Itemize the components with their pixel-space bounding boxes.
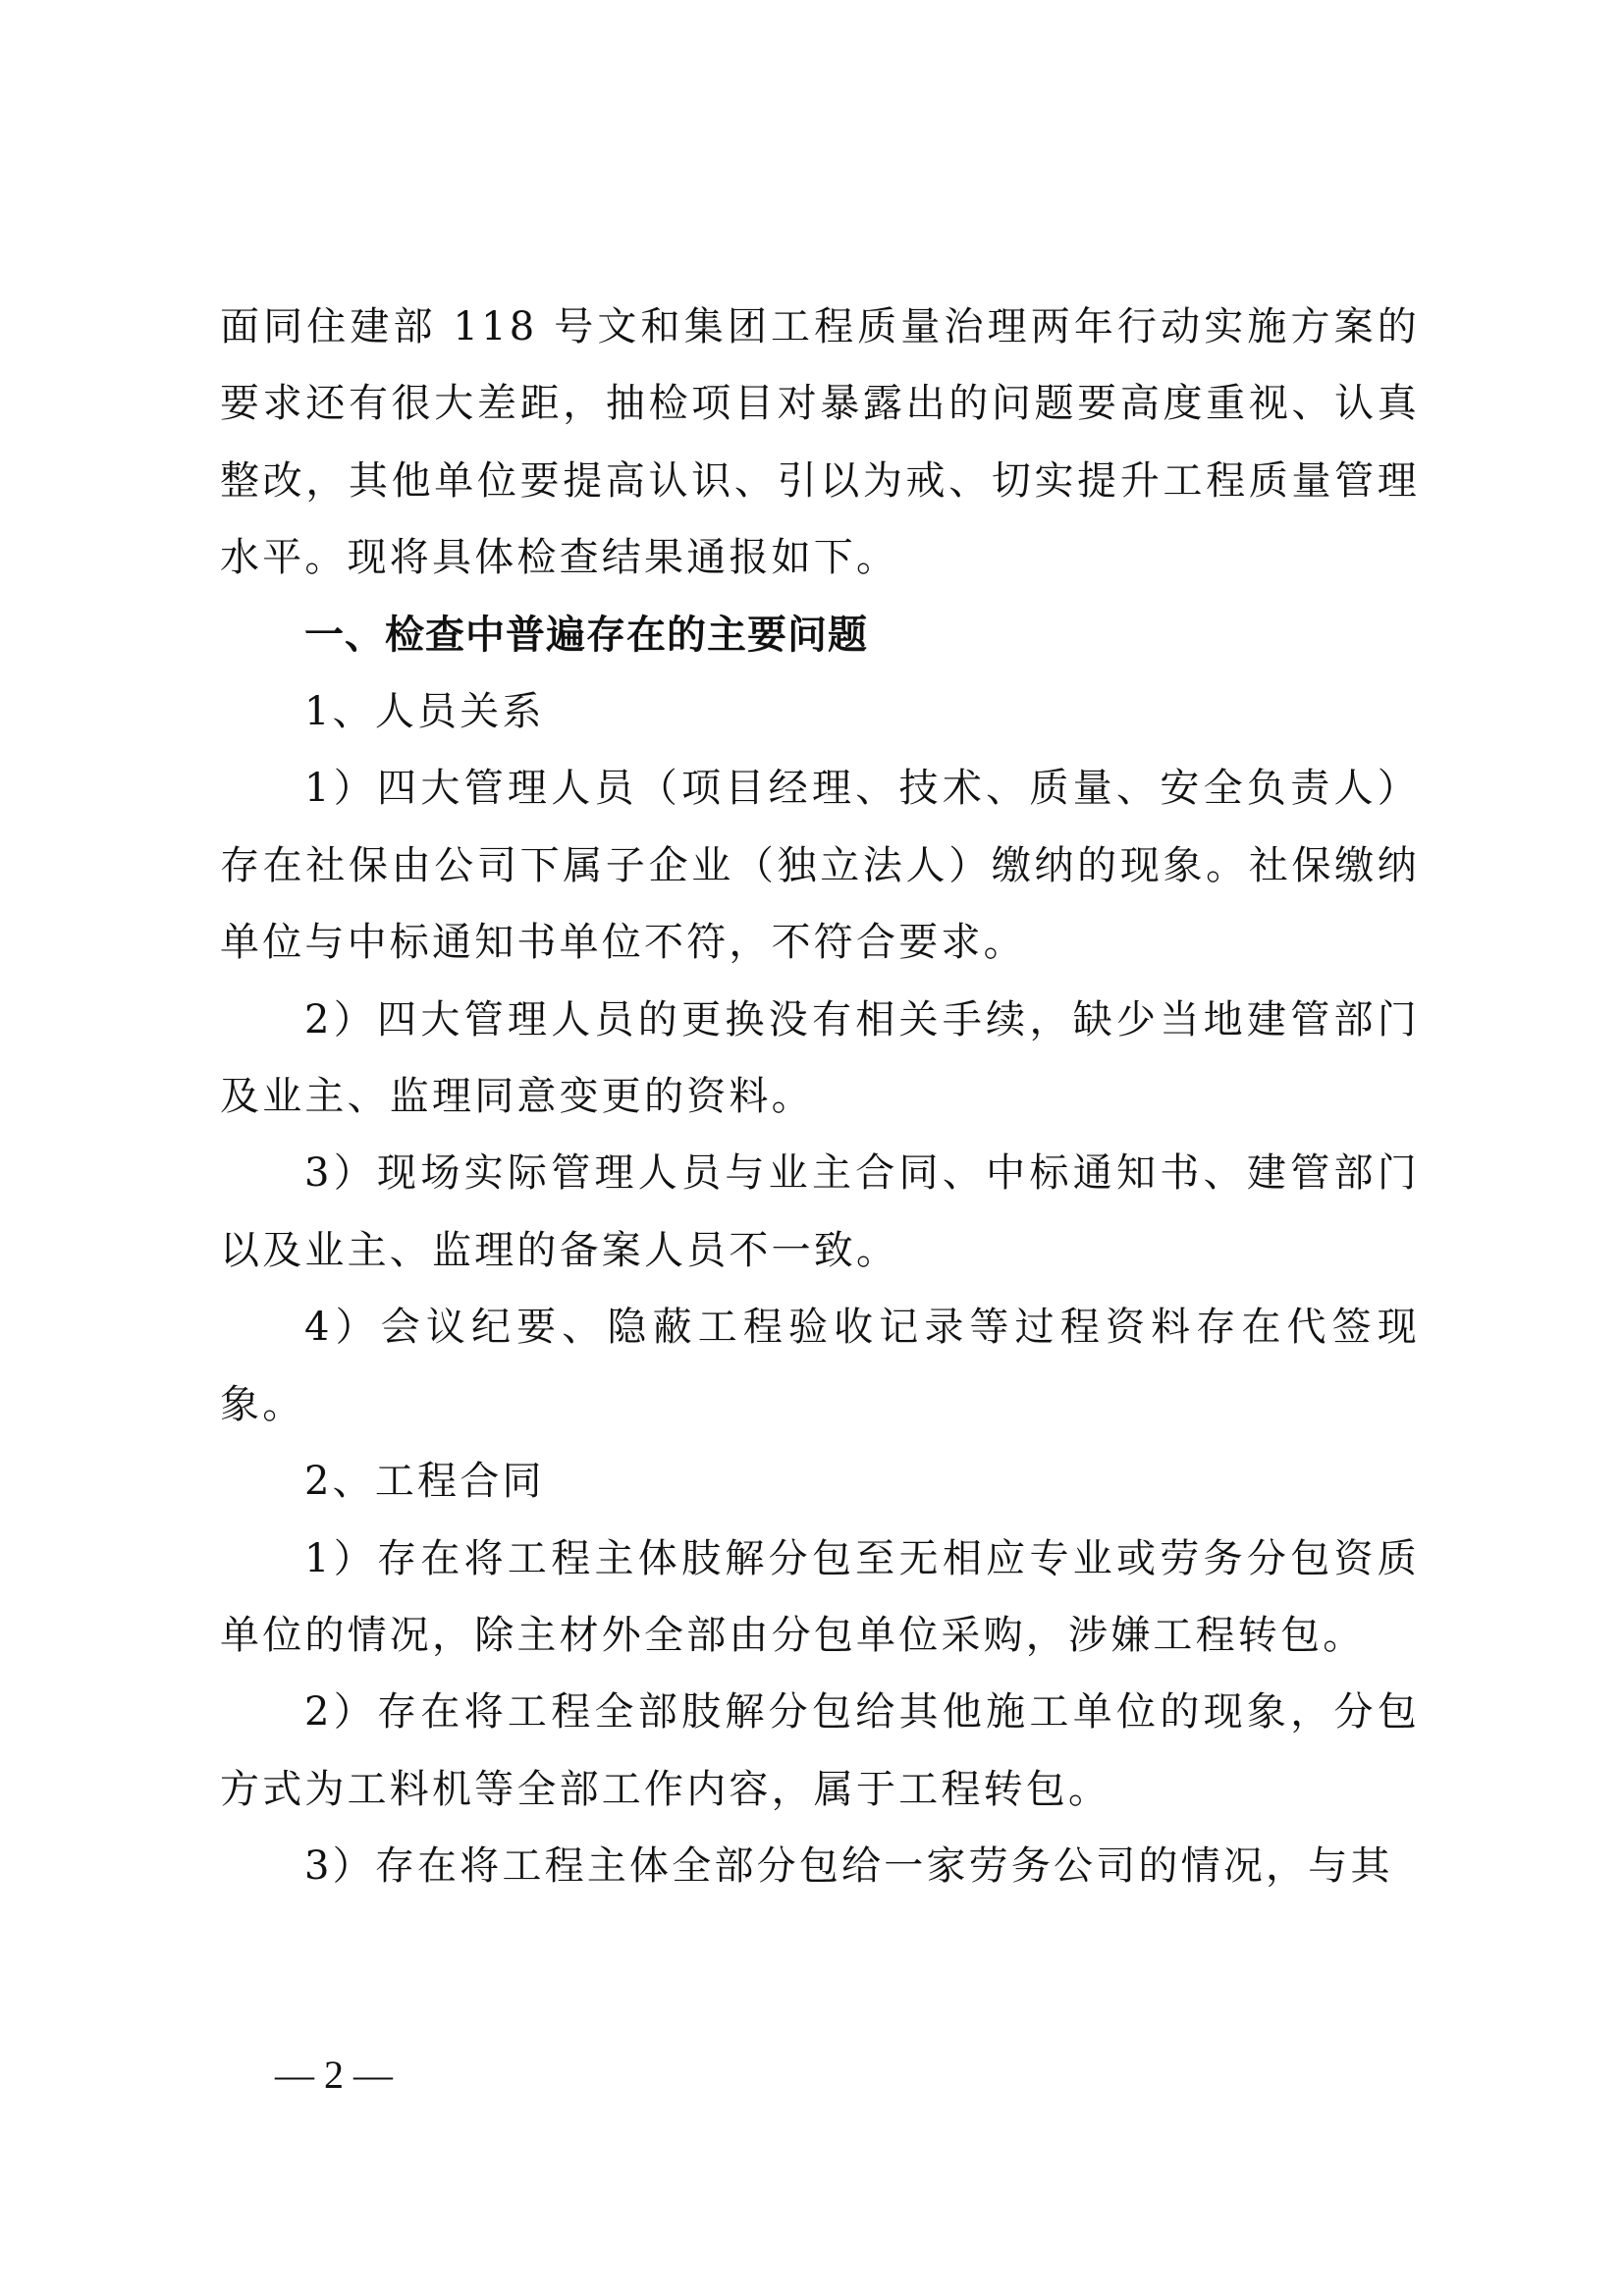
document-page: 面同住建部 118 号文和集团工程质量治理两年行动实施方案的要求还有很大差距，抽…: [0, 0, 1623, 2296]
paragraph-contract-2: 2）存在将工程全部肢解分包给其他施工单位的现象，分包方式为工料机等全部工作内容，…: [220, 1674, 1420, 1828]
paragraph-intro-continuation: 面同住建部 118 号文和集团工程质量治理两年行动实施方案的要求还有很大差距，抽…: [220, 289, 1420, 597]
section-heading-main-problems: 一、检查中普遍存在的主要问题: [220, 597, 1420, 673]
document-body: 面同住建部 118 号文和集团工程质量治理两年行动实施方案的要求还有很大差距，抽…: [220, 289, 1420, 1905]
paragraph-personnel-4: 4）会议纪要、隐蔽工程验收记录等过程资料存在代签现象。: [220, 1289, 1420, 1443]
paragraph-contract-1: 1）存在将工程主体肢解分包至无相应专业或劳务分包资质单位的情况，除主材外全部由分…: [220, 1521, 1420, 1675]
subheading-contract: 2、工程合同: [220, 1443, 1420, 1520]
paragraph-personnel-2: 2）四大管理人员的更换没有相关手续，缺少当地建管部门及业主、监理同意变更的资料。: [220, 982, 1420, 1136]
page-number: — 2 —: [275, 2052, 393, 2098]
paragraph-contract-3: 3）存在将工程主体全部分包给一家劳务公司的情况，与其: [220, 1828, 1420, 1904]
subheading-personnel: 1、人员关系: [220, 673, 1420, 750]
paragraph-personnel-3: 3）现场实际管理人员与业主合同、中标通知书、建管部门以及业主、监理的备案人员不一…: [220, 1135, 1420, 1289]
paragraph-personnel-1: 1）四大管理人员（项目经理、技术、质量、安全负责人）存在社保由公司下属子企业（独…: [220, 750, 1420, 981]
